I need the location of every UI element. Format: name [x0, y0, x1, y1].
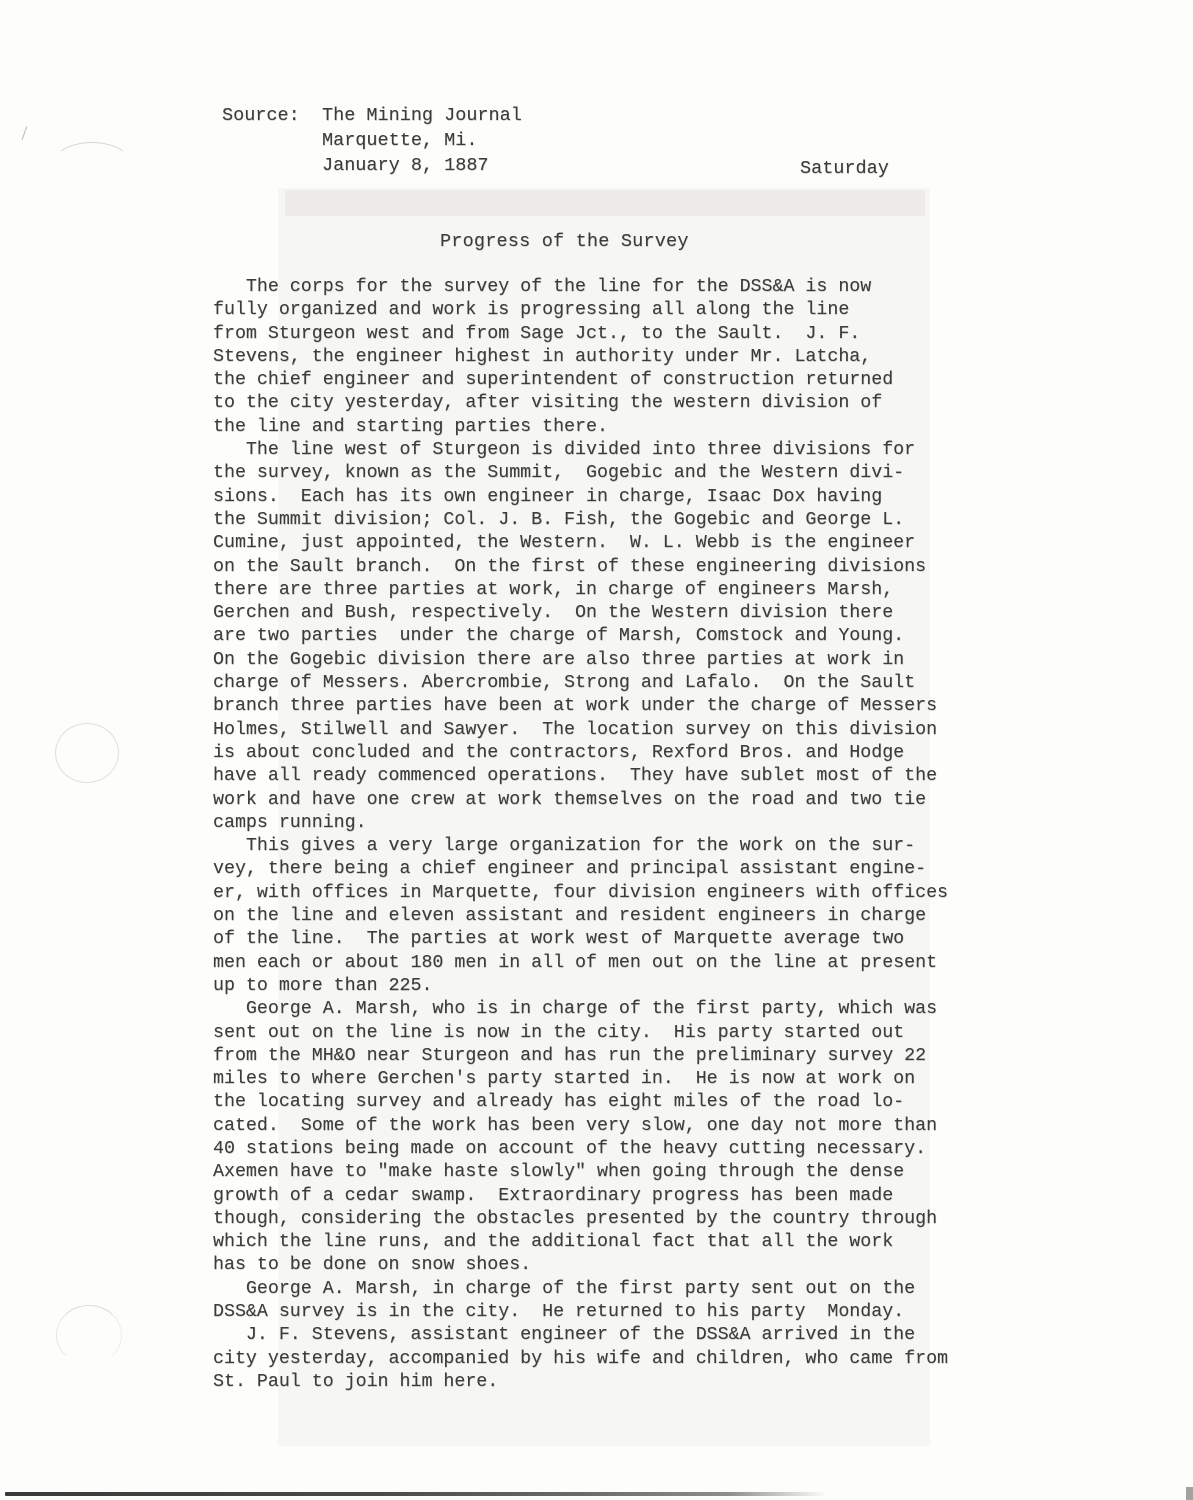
scan-slash-artifact	[22, 126, 28, 139]
scan-corner-artifact	[1186, 1487, 1193, 1500]
article-paragraph-2: The line west of Sturgeon is divided int…	[213, 439, 1013, 835]
photocopy-shade-band	[285, 190, 925, 216]
scan-circle-artifact-upper	[55, 723, 119, 783]
scanned-document-page: Source: The Mining Journal Marquette, Mi…	[0, 0, 1193, 1500]
scan-circle-artifact-lower	[56, 1305, 122, 1365]
weekday: Saturday	[800, 156, 889, 181]
scan-arc-artifact	[52, 142, 132, 188]
article-body: The corps for the survey of the line for…	[213, 276, 1013, 1394]
article-paragraph-6: J. F. Stevens, assistant engineer of the…	[213, 1324, 1013, 1394]
publication-date: January 8, 1887	[322, 153, 489, 178]
publication-name: The Mining Journal	[322, 103, 522, 128]
article-paragraph-1: The corps for the survey of the line for…	[213, 276, 1013, 439]
article-title: Progress of the Survey	[440, 231, 689, 252]
article-paragraph-4: George A. Marsh, who is in charge of the…	[213, 998, 1013, 1278]
publication-location: Marquette, Mi.	[322, 128, 477, 153]
scan-bottom-edge-artifact	[5, 1492, 827, 1496]
article-paragraph-5: George A. Marsh, in charge of the first …	[213, 1278, 1013, 1325]
article-paragraph-3: This gives a very large organization for…	[213, 835, 1013, 998]
source-label: Source:	[222, 103, 300, 128]
